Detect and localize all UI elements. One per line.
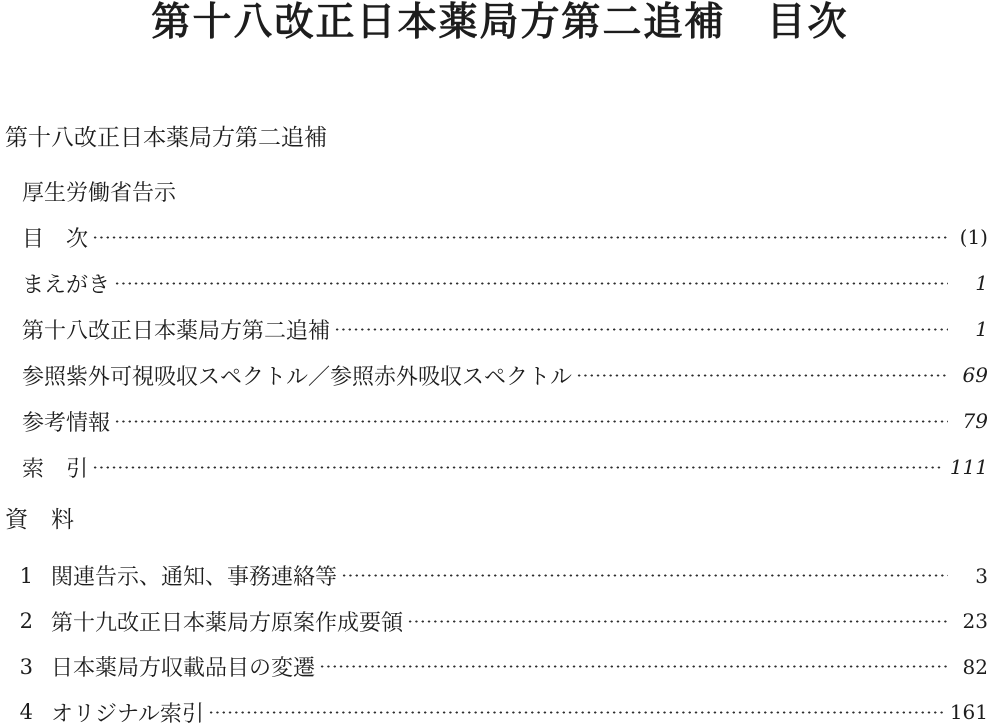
toc-list-main: 厚生労働省告示 目 次 (1) まえがき 1 第十八改正日本薬局方第二追補 1 … <box>22 168 988 490</box>
page-number: 3 <box>954 564 988 588</box>
item-number: 4 <box>1 700 33 724</box>
entry-label: オリジナル索引 <box>51 697 204 728</box>
leader-dots <box>92 444 944 490</box>
page-number: 79 <box>954 409 988 433</box>
leader-dots <box>334 306 948 352</box>
entry-label: まえがき <box>22 268 110 299</box>
entry-label: 関連告示、通知、事務連絡等 <box>51 560 337 591</box>
page-number: 1 <box>954 271 988 295</box>
toc-entry: 1 関連告示、通知、事務連絡等 3 <box>1 553 988 599</box>
toc-list-materials: 1 関連告示、通知、事務連絡等 3 2 第十九改正日本薬局方原案作成要領 23 … <box>1 553 988 728</box>
page-number: (1) <box>954 225 988 249</box>
entry-label: 索 引 <box>22 452 88 483</box>
toc-entry: 2 第十九改正日本薬局方原案作成要領 23 <box>1 599 988 645</box>
item-number: 3 <box>1 655 33 679</box>
entry-label: 厚生労働省告示 <box>22 176 176 207</box>
entry-label: 日本薬局方収載品目の変遷 <box>51 651 315 682</box>
page-number: 111 <box>950 455 988 479</box>
toc-entry: 第十八改正日本薬局方第二追補 1 <box>22 306 988 352</box>
entry-label: 目 次 <box>22 222 88 253</box>
leader-dots <box>208 690 944 728</box>
page-number: 23 <box>954 609 988 633</box>
leader-dots <box>92 214 948 260</box>
leader-dots <box>114 260 948 306</box>
toc-entry: まえがき 1 <box>22 260 988 306</box>
page-number: 161 <box>950 700 988 724</box>
leader-dots <box>407 599 948 645</box>
page-number: 82 <box>954 655 988 679</box>
section-heading-supplement: 第十八改正日本薬局方第二追補 <box>5 122 327 154</box>
toc-entry: 参照紫外可視吸収スペクトル／参照赤外吸収スペクトル 69 <box>22 352 988 398</box>
entry-label: 参照紫外可視吸収スペクトル／参照赤外吸収スペクトル <box>22 360 572 391</box>
document-title: 第十八改正日本薬局方第二追補 目次 <box>0 0 1000 44</box>
section-heading-materials: 資 料 <box>5 504 74 536</box>
entry-label: 参考情報 <box>22 406 110 437</box>
leader-dots <box>576 352 948 398</box>
leader-dots <box>341 553 948 599</box>
toc-entry: 参考情報 79 <box>22 398 988 444</box>
leader-dots <box>319 644 948 690</box>
leader-dots <box>114 398 948 444</box>
page-number: 1 <box>954 317 988 341</box>
item-number: 1 <box>1 564 33 588</box>
toc-entry: 厚生労働省告示 <box>22 168 988 214</box>
toc-entry: 索 引 111 <box>22 444 988 490</box>
entry-label: 第十九改正日本薬局方原案作成要領 <box>51 606 403 637</box>
item-number: 2 <box>1 609 33 633</box>
entry-label: 第十八改正日本薬局方第二追補 <box>22 314 330 345</box>
toc-entry: 4 オリジナル索引 161 <box>1 690 988 728</box>
document-page: 第十八改正日本薬局方第二追補 目次 第十八改正日本薬局方第二追補 厚生労働省告示… <box>0 0 1000 728</box>
toc-entry: 3 日本薬局方収載品目の変遷 82 <box>1 644 988 690</box>
toc-entry: 目 次 (1) <box>22 214 988 260</box>
page-number: 69 <box>954 363 988 387</box>
